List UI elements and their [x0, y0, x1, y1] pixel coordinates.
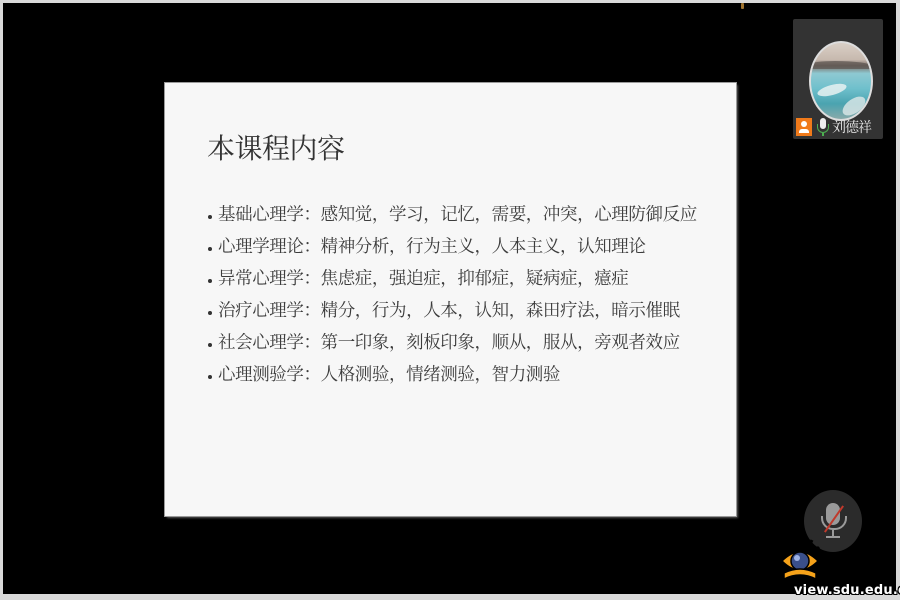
slide-title: 本课程内容	[207, 127, 345, 167]
watermark-logo: 山大视点 view.sdu.edu.cn	[777, 533, 900, 600]
participant-avatar	[809, 41, 873, 121]
participant-tile[interactable]: 刘德祥	[793, 19, 883, 139]
microphone-icon	[817, 118, 829, 136]
shared-slide: 本课程内容 基础心理学：感知觉，学习，记忆，需要，冲突，心理防御反应 心理学理论…	[165, 83, 736, 516]
slide-bullet: 异常心理学：焦虑症，强迫症，抑郁症，疑病症，癔症	[207, 263, 697, 295]
slide-bullet: 社会心理学：第一印象，刻板印象，顺从，服从，旁观者效应	[207, 327, 697, 359]
participant-name: 刘德祥	[832, 117, 871, 137]
watermark-url: view.sdu.edu.cn	[794, 583, 900, 598]
slide-bullet: 基础心理学：感知觉，学习，记忆，需要，冲突，心理防御反应	[207, 199, 697, 231]
person-camera-icon	[796, 118, 812, 136]
video-stage: 本课程内容 基础心理学：感知觉，学习，记忆，需要，冲突，心理防御反应 心理学理论…	[3, 3, 896, 594]
eye-logo-icon	[780, 535, 820, 587]
slide-bullet: 心理测验学：人格测验，情绪测验，智力测验	[207, 359, 697, 391]
participant-status-bar: 刘德祥	[793, 115, 883, 139]
slide-bullet: 治疗心理学：精分，行为，人本，认知，森田疗法，暗示催眠	[207, 295, 697, 327]
top-indicator	[741, 3, 744, 9]
slide-bullet-list: 基础心理学：感知觉，学习，记忆，需要，冲突，心理防御反应 心理学理论：精神分析，…	[207, 199, 697, 391]
slide-bullet: 心理学理论：精神分析，行为主义，人本主义，认知理论	[207, 231, 697, 263]
